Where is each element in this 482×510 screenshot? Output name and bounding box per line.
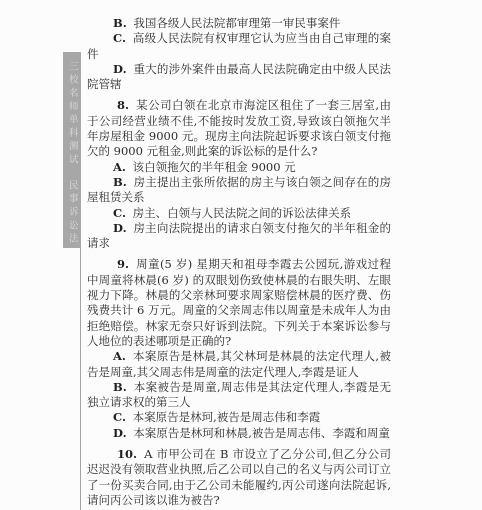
option-text: 重大的涉外案件由最高人民法院确定由中级人民法院管辖 [87, 62, 391, 91]
option-text: 房主向法院提出的请求白领支付拖欠的半年租金的请求 [87, 221, 391, 250]
question-number: 9. [117, 257, 129, 271]
question-9-stem: 9. 周童(5 岁) 星期天和祖母李霞去公园玩,游戏过程中周童将林晨(6 岁) … [87, 257, 391, 349]
question-8-option-d: D. 房主向法院提出的请求白领支付拖欠的半年租金的请求 [87, 221, 391, 252]
question-8-option-c: C. 房主、白领与人民法院之间的诉讼法律关系 [87, 206, 391, 221]
option-label: A. [113, 349, 126, 363]
option-label: B. [113, 380, 127, 394]
option-text: 本案原告是林珂和林晨,被告是周志伟、李霞和周童 [133, 426, 390, 440]
option-label: B. [113, 175, 127, 189]
question-text: 周童(5 岁) 星期天和祖母李霞去公园玩,游戏过程中周童将林晨(6 岁) 的双眼… [87, 257, 391, 347]
carryover-option-b: B. 我国各级人民法院都审理第一审民事案件 [87, 16, 391, 31]
option-label: C. [113, 206, 126, 220]
option-text: 该白领拖欠的半年租金 9000 元 [133, 160, 296, 174]
subject-title-vertical: 民事诉讼法 [67, 180, 77, 247]
carryover-option-d: D. 重大的涉外案件由最高人民法院确定由中级人民法院管辖 [87, 62, 391, 93]
option-text: 本案原告是林珂,被告是周志伟和李霞 [133, 410, 321, 424]
option-text: 本案被告是周童,周志伟是其法定代理人,李霞是无独立请求权的第三人 [87, 380, 391, 409]
option-label: B. [113, 16, 127, 30]
question-10-stem: 10. A 市甲公司在 B 市设立了乙分公司,但乙分公司迟迟没有领取营业执照,后… [87, 447, 391, 508]
question-8-option-b: B. 房主提出主张所依据的房主与该白领之间存在的房屋租赁关系 [87, 175, 391, 206]
option-label: D. [113, 426, 127, 440]
option-text: 房主、白领与人民法院之间的诉讼法律关系 [133, 206, 352, 220]
series-margin-tab: 三校名师单科测试 民事诉讼法 [63, 52, 81, 248]
question-9-option-a: A. 本案原告是林晨,其父林珂是林晨的法定代理人,被告是周童,其父周志伟是周童的… [87, 349, 391, 380]
question-8-option-a: A. 该白领拖欠的半年租金 9000 元 [87, 160, 391, 175]
option-label: C. [113, 410, 126, 424]
questions-column: B. 我国各级人民法院都审理第一审民事案件 C. 高级人民法院有权审理它认为应当… [87, 16, 391, 508]
option-text: 房主提出主张所依据的房主与该白领之间存在的房屋租赁关系 [87, 175, 391, 204]
book-page: 三校名师单科测试 民事诉讼法 B. 我国各级人民法院都审理第一审民事案件 C. … [0, 0, 482, 510]
option-text: 我国各级人民法院都审理第一审民事案件 [133, 16, 340, 30]
option-text: 本案原告是林晨,其父林珂是林晨的法定代理人,被告是周童,其父周志伟是周童的法定代… [87, 349, 391, 378]
margin-divider-line [80, 247, 81, 510]
option-label: C. [113, 31, 126, 45]
series-title-vertical: 三校名师单科测试 [67, 61, 77, 167]
question-number: 8. [117, 98, 129, 112]
option-label: A. [113, 160, 126, 174]
question-9-option-c: C. 本案原告是林珂,被告是周志伟和李霞 [87, 410, 391, 425]
option-label: D. [113, 62, 127, 76]
option-label: D. [113, 221, 127, 235]
question-number: 10. [117, 447, 137, 461]
option-text: 高级人民法院有权审理它认为应当由自己审理的案件 [87, 31, 391, 60]
question-8-stem: 8. 某公司白领在北京市海淀区租住了一套三居室,由于公司经营业绩不佳,不能按时发… [87, 98, 391, 159]
carryover-option-c: C. 高级人民法院有权审理它认为应当由自己审理的案件 [87, 31, 391, 62]
question-text: 某公司白领在北京市海淀区租住了一套三居室,由于公司经营业绩不佳,不能按时发放工资… [87, 98, 391, 158]
question-9-option-b: B. 本案被告是周童,周志伟是其法定代理人,李霞是无独立请求权的第三人 [87, 380, 391, 411]
question-9-option-d: D. 本案原告是林珂和林晨,被告是周志伟、李霞和周童 [87, 426, 391, 441]
